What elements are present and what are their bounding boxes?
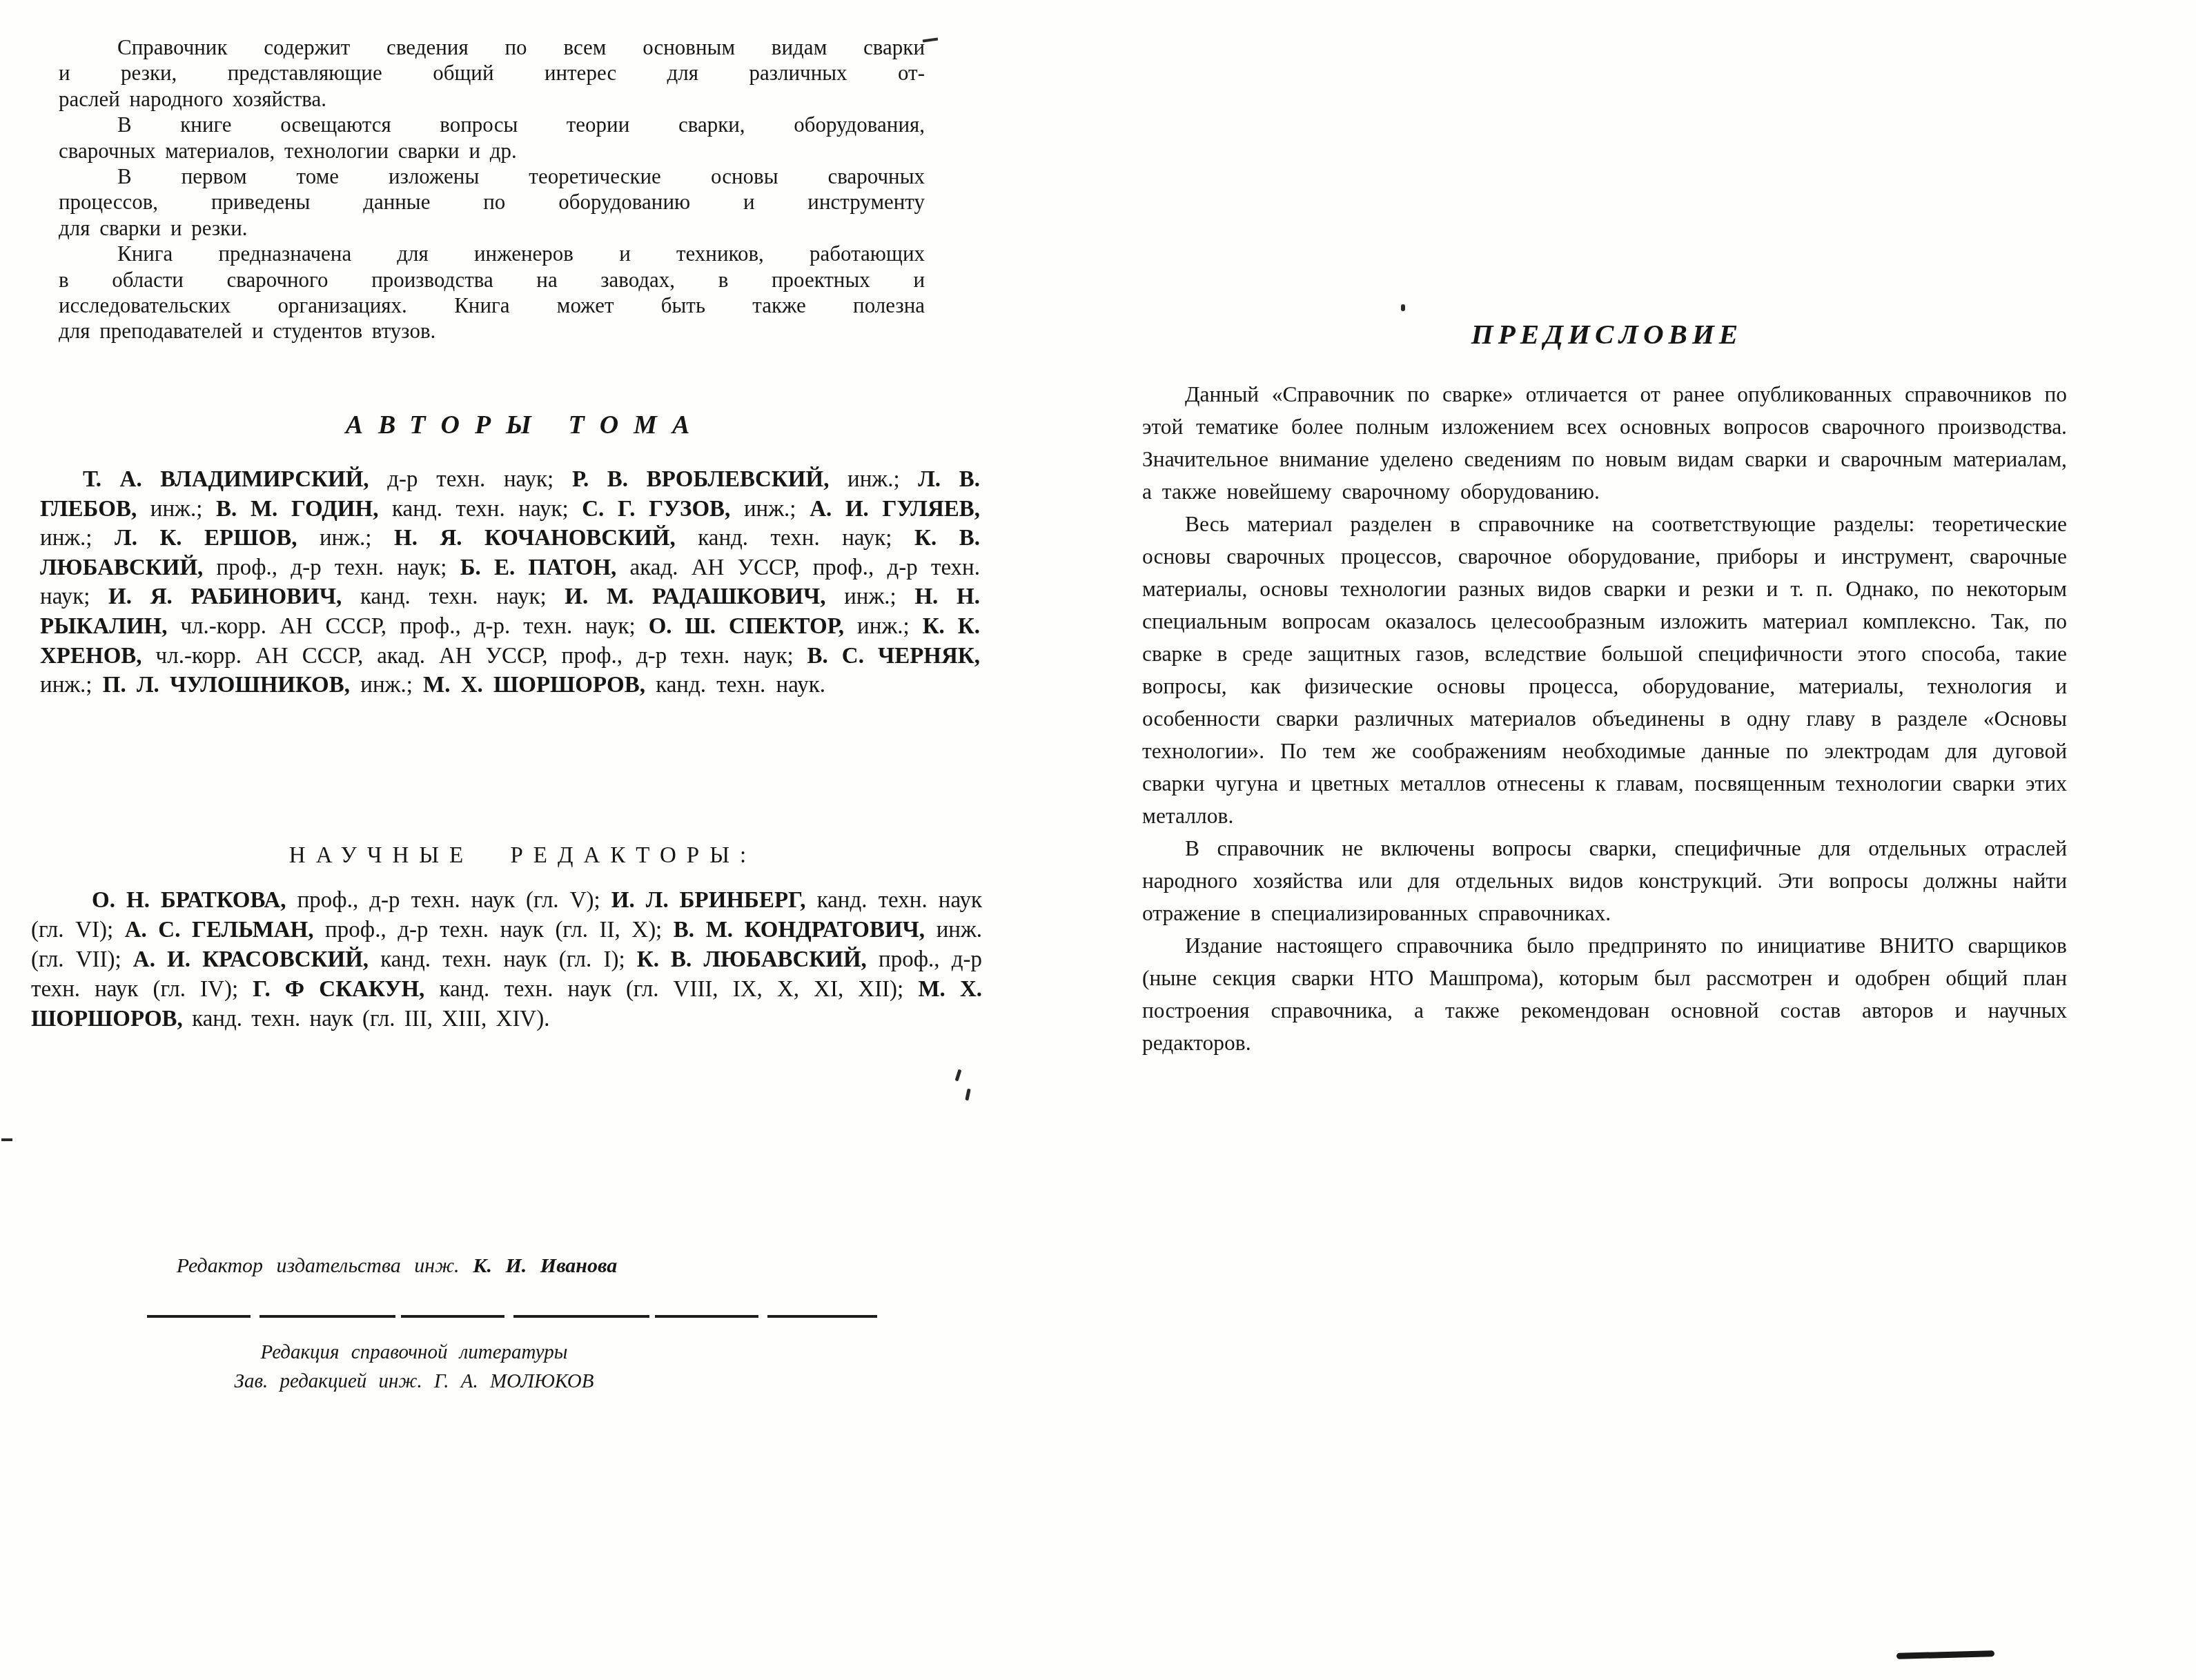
- preface-paragraph: Издание настоящего справочника было пред…: [1142, 929, 2067, 1059]
- preface-title: ПРЕДИСЛОВИЕ: [1142, 317, 2067, 350]
- preface-paragraph: Данный «Справочник по сварке» отличается…: [1142, 378, 2067, 508]
- preface-paragraph: В справочник не включены вопросы сварки,…: [1142, 832, 2067, 929]
- preface-body: Данный «Справочник по сварке» отличается…: [1142, 378, 2067, 1059]
- preface-paragraph: Весь материал разделен в справочнике на …: [1142, 508, 2067, 832]
- book-spread-scan: Справочник содержит сведения по всем осн…: [0, 0, 2196, 1680]
- ink-speck: [1401, 304, 1405, 311]
- ink-speck: [1, 1138, 12, 1141]
- right-page: ПРЕДИСЛОВИЕ Данный «Справочник по сварке…: [0, 0, 2196, 1680]
